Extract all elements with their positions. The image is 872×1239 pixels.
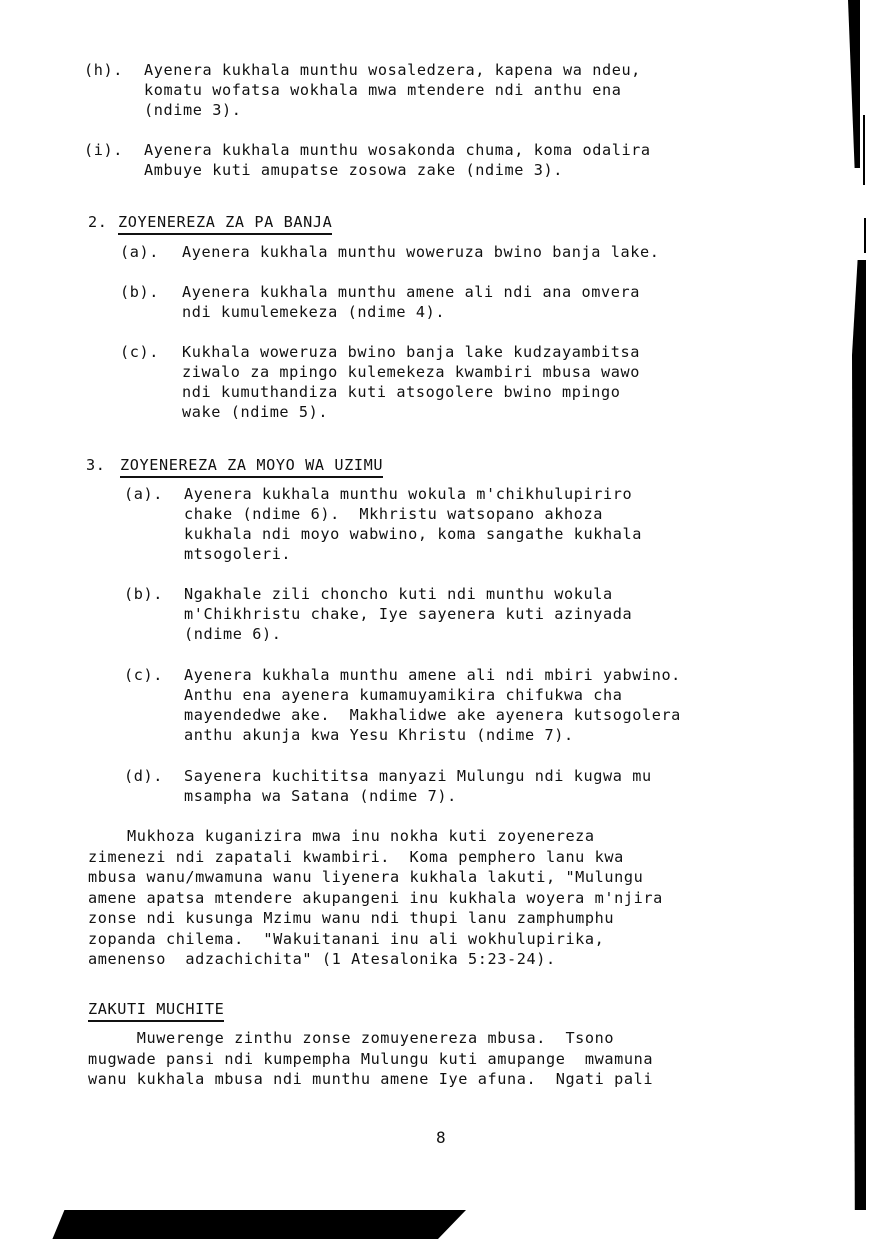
paragraph-line: zopanda chilema. "Wakuitanani inu ali wo… (88, 929, 604, 949)
list-item-text: chake (ndime 6). Mkhristu watsopano akho… (184, 504, 603, 524)
list-item-text: (ndime 6). (184, 624, 281, 644)
scan-edge-line (863, 115, 865, 185)
list-item-text: kukhala ndi moyo wabwino, koma sangathe … (184, 524, 642, 544)
paragraph-line: amenenso adzachichita" (1 Atesalonika 5:… (88, 949, 556, 969)
list-item-label: (c). (120, 342, 159, 362)
paragraph-line: Muwerenge zinthu zonse zomuyenereza mbus… (88, 1028, 614, 1048)
paragraph-line: zimenezi ndi zapatali kwambiri. Koma pem… (88, 847, 624, 867)
list-item-label: (b). (120, 282, 159, 302)
section-number: 3. (86, 455, 106, 475)
scan-edge-line (864, 218, 866, 253)
list-item-text: Ayenera kukhala munthu amene ali ndi mbi… (184, 665, 681, 685)
list-item-text: mtsogoleri. (184, 544, 291, 564)
list-item-text: Anthu ena ayenera kumamuyamikira chifukw… (184, 685, 622, 705)
paragraph-line: mbusa wanu/mwamuna wanu liyenera kukhala… (88, 867, 643, 887)
list-item-text: Ngakhale zili choncho kuti ndi munthu wo… (184, 584, 613, 604)
list-item-label: (a). (124, 484, 163, 504)
paragraph-line: wanu kukhala mbusa ndi munthu amene Iye … (88, 1069, 653, 1089)
document-page: (h).Ayenera kukhala munthu wosaledzera, … (0, 0, 872, 1239)
list-item-i-text: Ambuye kuti amupatse zosowa zake (ndime … (144, 160, 563, 180)
list-item-text: Sayenera kuchititsa manyazi Mulungu ndi … (184, 766, 652, 786)
list-item-h-text: Ayenera kukhala munthu wosaledzera, kape… (144, 60, 641, 80)
list-item-text: m'Chikhristu chake, Iye sayenera kuti az… (184, 604, 632, 624)
paragraph-line: zonse ndi kusunga Mzimu wanu ndi thupi l… (88, 908, 614, 928)
list-item-label: (d). (124, 766, 163, 786)
paragraph-line: mugwade pansi ndi kumpempha Mulungu kuti… (88, 1049, 653, 1069)
section-heading: ZOYENEREZA ZA PA BANJA (118, 212, 332, 235)
list-item-text: mayendedwe ake. Makhalidwe ake ayenera k… (184, 705, 681, 725)
list-item-text: Ayenera kukhala munthu amene ali ndi ana… (182, 282, 640, 302)
list-item-label: (c). (124, 665, 163, 685)
list-item-text: wake (ndime 5). (182, 402, 328, 422)
scan-bottom-shadow (52, 1210, 466, 1239)
list-item-h-text: komatu wofatsa wokhala mwa mtendere ndi … (144, 80, 621, 100)
section-heading: ZOYENEREZA ZA MOYO WA UZIMU (120, 455, 383, 478)
list-item-text: anthu akunja kwa Yesu Khristu (ndime 7). (184, 725, 574, 745)
list-item-label: (b). (124, 584, 163, 604)
list-item-text: Ayenera kukhala munthu wokula m'chikhulu… (184, 484, 632, 504)
list-item-label: (a). (120, 242, 159, 262)
list-item-h-label: (h). (84, 60, 123, 80)
list-item-h-text: (ndime 3). (144, 100, 241, 120)
paragraph-line: amene apatsa mtendere akupangeni inu kuk… (88, 888, 663, 908)
list-item-text: ndi kumulemekeza (ndime 4). (182, 302, 445, 322)
list-item-text: ziwalo za mpingo kulemekeza kwambiri mbu… (182, 362, 640, 382)
section-heading: ZAKUTI MUCHITE (88, 999, 224, 1022)
list-item-i-text: Ayenera kukhala munthu wosakonda chuma, … (144, 140, 651, 160)
list-item-i-label: (i). (84, 140, 123, 160)
paragraph-line: Mukhoza kuganizira mwa inu nokha kuti zo… (88, 826, 595, 846)
list-item-text: Ayenera kukhala munthu woweruza bwino ba… (182, 242, 659, 262)
list-item-text: Kukhala woweruza bwino banja lake kudzay… (182, 342, 640, 362)
list-item-text: ndi kumuthandiza kuti atsogolere bwino m… (182, 382, 620, 402)
list-item-text: msampha wa Satana (ndime 7). (184, 786, 457, 806)
page-number: 8 (436, 1128, 446, 1148)
section-number: 2. (88, 212, 108, 232)
